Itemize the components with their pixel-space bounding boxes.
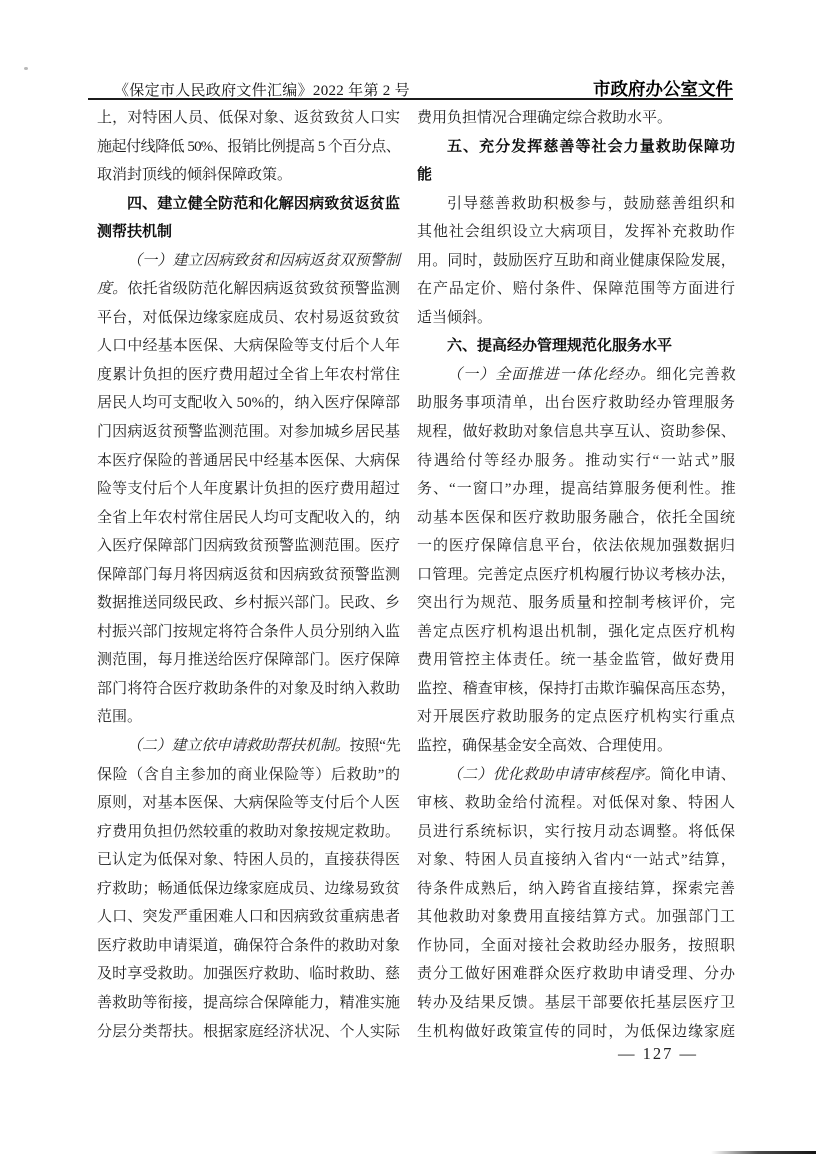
text-run: 引导慈善救助积极参与，鼓励慈善组织和 [447, 196, 735, 212]
text-line: 适当倾斜。 [417, 304, 735, 333]
text-run: 费用管控主体责任。统一基金监管，做好费用 [417, 652, 735, 668]
text-line: 其他社会组织设立大病项目，发挥补充救助作 [417, 218, 735, 247]
text-line: 数据推送同级民政、乡村振兴部门。民政、乡 [97, 589, 400, 618]
text-run: 医疗救助申请渠道，确保符合条件的救助对象 [97, 938, 400, 954]
scan-speck [24, 67, 28, 70]
text-line: 度累计负担的医疗费用超过全省上年农村常住 [97, 361, 400, 390]
text-run: 其他救助对象费用直接结算方式。加强部门工 [417, 909, 735, 925]
text-run: 动基本医保和医疗救助服务融合，依托全国统 [417, 510, 735, 526]
text-run: （一）建立因病致贫和因病返贫双预警制 [127, 253, 400, 269]
text-run: 对象、特困人员直接纳入省内“一站式”结算， [417, 852, 735, 868]
text-run: 在产品定价、赔付条件、保障范围等方面进行 [417, 281, 735, 297]
text-line: 员进行系统标识，实行按月动态调整。将低保 [417, 818, 735, 847]
text-line: 待条件成熟后，纳入跨省直接结算，探索完善 [417, 875, 735, 904]
column-right: 费用负担情况合理确定综合救助水平。五、充分发挥慈善等社会力量救助保障功能引导慈善… [417, 104, 735, 1046]
text-run: 六、提高经办管理规范化服务水平 [447, 337, 672, 354]
text-line: 突出行为规范、服务质量和控制考核评价，完 [417, 589, 735, 618]
text-run: 费用负担情况合理确定综合救助水平。 [417, 110, 672, 126]
text-line: 范围。 [97, 703, 400, 732]
text-line: 上，对特困人员、低保对象、返贫致贫人口实 [97, 104, 400, 133]
section-heading-line: 测帮扶机制 [97, 218, 400, 247]
page-number: — 127 — [598, 1044, 718, 1064]
section-heading-line: 五、充分发挥慈善等社会力量救助保障功 [417, 133, 735, 162]
text-line: 费用管控主体责任。统一基金监管，做好费用 [417, 646, 735, 675]
text-line: 助服务事项清单，出台医疗救助经办管理服务 [417, 389, 735, 418]
text-line: 疗费用负担仍然较重的救助对象按规定救助。 [97, 818, 400, 847]
text-run: 村振兴部门按规定将符合条件人员分别纳入监 [97, 624, 400, 640]
text-run: 助服务事项清单，出台医疗救助经办管理服务 [417, 395, 735, 411]
text-line: 其他救助对象费用直接结算方式。加强部门工 [417, 903, 735, 932]
text-line: 对开展医疗救助服务的定点医疗机构实行重点 [417, 703, 735, 732]
header-compilation-title: 《保定市人民政府文件汇编》2022 年第 2 号 [114, 79, 410, 100]
text-line: 在产品定价、赔付条件、保障范围等方面进行 [417, 275, 735, 304]
text-line: 生机构做好政策宣传的同时，为低保边缘家庭 [417, 1018, 735, 1047]
text-run: 平台，对低保边缘家庭成员、农村易返贫致贫 [97, 310, 400, 326]
scan-corner-streak [711, 1151, 816, 1154]
text-run: 疗救助；畅通低保边缘家庭成员、边缘易致贫 [97, 881, 400, 897]
text-run: （二）建立依申请救助帮扶机制。 [127, 738, 350, 754]
column-left: 上，对特困人员、低保对象、返贫致贫人口实施起付线降低 50%、报销比例提高 5 … [97, 104, 400, 1046]
section-heading-line: 能 [417, 161, 735, 190]
text-line: 及时享受救助。加强医疗救助、临时救助、慈 [97, 960, 400, 989]
text-run: （一）全面推进一体化经办。 [447, 367, 656, 383]
text-line: 保险（含自主参加的商业保险等）后救助”的 [97, 761, 400, 790]
text-run: 门因病返贫预警监测范围。对参加城乡居民基 [97, 424, 400, 440]
text-run: 人口、突发严重困难人口和因病致贫重病患者 [97, 909, 400, 925]
text-run: 善定点医疗机构退出机制，强化定点医疗机构 [417, 624, 735, 640]
text-run: 按照“先 [350, 738, 400, 754]
text-line: 作协同，全面对接社会救助经办服务，按照职 [417, 932, 735, 961]
text-run: 对开展医疗救助服务的定点医疗机构实行重点 [417, 709, 735, 725]
text-run: 及时享受救助。加强医疗救助、临时救助、慈 [97, 966, 400, 982]
text-run: 务、“一窗口”办理，提高结算服务便利性。推 [417, 481, 735, 497]
text-run: 待条件成熟后，纳入跨省直接结算，探索完善 [417, 881, 735, 897]
text-run: 入医疗保障部门因病致贫预警监测范围。医疗 [97, 538, 400, 554]
text-line: 审核、救助金给付流程。对低保对象、特困人 [417, 789, 735, 818]
text-line: 一的医疗保障信息平台，依法依规加强数据归 [417, 532, 735, 561]
text-line: 费用负担情况合理确定综合救助水平。 [417, 104, 735, 133]
text-run: 测帮扶机制 [97, 223, 172, 240]
text-run: 责分工做好困难群众医疗救助申请受理、分办 [417, 966, 735, 982]
text-line: 部门将符合医疗救助条件的对象及时纳入救助 [97, 675, 400, 704]
text-run: 全省上年农村常住居民人均可支配收入的，纳 [97, 510, 400, 526]
text-line: 善救助等衔接，提高综合保障能力，精准实施 [97, 989, 400, 1018]
text-line: 善定点医疗机构退出机制，强化定点医疗机构 [417, 618, 735, 647]
text-run: 简化申请、 [660, 767, 735, 783]
text-run: 数据推送同级民政、乡村振兴部门。民政、乡 [97, 595, 400, 611]
text-run: （二）优化救助申请审核程序。 [447, 767, 660, 783]
text-run: 员进行系统标识，实行按月动态调整。将低保 [417, 824, 735, 840]
text-run: 部门将符合医疗救助条件的对象及时纳入救助 [97, 681, 400, 697]
text-line: 监控、稽查审核，保持打击欺诈骗保高压态势， [417, 675, 735, 704]
text-line: 务、“一窗口”办理，提高结算服务便利性。推 [417, 475, 735, 504]
text-line: 用。同时，鼓励医疗互助和商业健康保险发展， [417, 247, 735, 276]
text-run: 生机构做好政策宣传的同时，为低保边缘家庭 [417, 1024, 735, 1040]
text-run: 人口中经基本医保、大病保险等支付后个人年 [97, 338, 400, 354]
text-line: 居民人均可支配收入 50%的，纳入医疗保障部 [97, 389, 400, 418]
text-run: 本医疗保险的普通居民中经基本医保、大病保 [97, 453, 400, 469]
text-run: 保障部门每月将因病返贫和因病致贫预警监测 [97, 567, 400, 583]
text-line: 门因病返贫预警监测范围。对参加城乡居民基 [97, 418, 400, 447]
text-line: 取消封顶线的倾斜保障政策。 [97, 161, 400, 190]
text-line: 全省上年农村常住居民人均可支配收入的，纳 [97, 504, 400, 533]
text-line: 待遇给付等经办服务。推动实行“一站式”服 [417, 447, 735, 476]
text-run: 四、建立健全防范和化解因病致贫返贫监 [127, 195, 400, 212]
text-run: 取消封顶线的倾斜保障政策。 [97, 167, 292, 183]
text-run: 突出行为规范、服务质量和控制考核评价，完 [417, 595, 735, 611]
text-run: 测范围，每月推送给医疗保障部门。医疗保障 [97, 652, 400, 668]
header-rule [88, 98, 733, 100]
text-line: 监控，确保基金安全高效、合理使用。 [417, 732, 735, 761]
text-line: （二）优化救助申请审核程序。简化申请、 [417, 761, 735, 790]
text-line: 村振兴部门按规定将符合条件人员分别纳入监 [97, 618, 400, 647]
section-heading-line: 四、建立健全防范和化解因病致贫返贫监 [97, 190, 400, 219]
text-line: 对象、特困人员直接纳入省内“一站式”结算， [417, 846, 735, 875]
text-run: 监控、稽查审核，保持打击欺诈骗保高压态势， [417, 681, 735, 697]
text-run: 保险（含自主参加的商业保险等）后救助”的 [97, 767, 400, 783]
text-line: 转办及结果反馈。基层干部要依托基层医疗卫 [417, 989, 735, 1018]
text-line: 施起付线降低 50%、报销比例提高 5 个百分点、 [97, 133, 400, 162]
section-heading-line: 六、提高经办管理规范化服务水平 [417, 332, 735, 361]
text-line: （一）全面推进一体化经办。细化完善救 [417, 361, 735, 390]
text-run: 善救助等衔接，提高综合保障能力，精准实施 [97, 995, 400, 1011]
text-run: 施起付线降低 50%、报销比例提高 5 个百分点、 [97, 139, 400, 155]
text-run: 度。 [97, 281, 127, 297]
text-run: 细化完善救 [656, 367, 735, 383]
text-run: 依托省级防范化解因病返贫致贫预警监测 [127, 281, 400, 297]
text-run: 用。同时，鼓励医疗互助和商业健康保险发展， [417, 253, 735, 269]
text-run: 上，对特困人员、低保对象、返贫致贫人口实 [97, 110, 400, 126]
text-line: 动基本医保和医疗救助服务融合，依托全国统 [417, 504, 735, 533]
text-run: 原则，对基本医保、大病保险等支付后个人医 [97, 795, 400, 811]
text-line: 人口中经基本医保、大病保险等支付后个人年 [97, 332, 400, 361]
text-line: 分层分类帮扶。根据家庭经济状况、个人实际 [97, 1018, 400, 1047]
text-run: 适当倾斜。 [417, 310, 492, 326]
text-run: 规程，做好救助对象信息共享互认、资助参保、 [417, 424, 735, 440]
text-line: 口管理。完善定点医疗机构履行协议考核办法， [417, 561, 735, 590]
text-run: 监控，确保基金安全高效、合理使用。 [417, 738, 672, 754]
text-run: 五、充分发挥慈善等社会力量救助保障功 [447, 138, 735, 155]
text-line: 已认定为低保对象、特困人员的，直接获得医 [97, 846, 400, 875]
document-page: 《保定市人民政府文件汇编》2022 年第 2 号 市政府办公室文件 上，对特困人… [0, 0, 816, 1155]
text-run: 度累计负担的医疗费用超过全省上年农村常住 [97, 367, 400, 383]
text-run: 其他社会组织设立大病项目，发挥补充救助作 [417, 224, 735, 240]
text-line: 险等支付后个人年度累计负担的医疗费用超过 [97, 475, 400, 504]
text-line: 本医疗保险的普通居民中经基本医保、大病保 [97, 447, 400, 476]
text-line: （一）建立因病致贫和因病返贫双预警制 [97, 247, 400, 276]
text-run: 一的医疗保障信息平台，依法依规加强数据归 [417, 538, 735, 554]
text-run: 转办及结果反馈。基层干部要依托基层医疗卫 [417, 995, 735, 1011]
text-run: 险等支付后个人年度累计负担的医疗费用超过 [97, 481, 400, 497]
text-run: 待遇给付等经办服务。推动实行“一站式”服 [417, 453, 735, 469]
text-line: 规程，做好救助对象信息共享互认、资助参保、 [417, 418, 735, 447]
text-line: 责分工做好困难群众医疗救助申请受理、分办 [417, 960, 735, 989]
text-line: 人口、突发严重困难人口和因病致贫重病患者 [97, 903, 400, 932]
text-line: 引导慈善救助积极参与，鼓励慈善组织和 [417, 190, 735, 219]
text-line: 保障部门每月将因病返贫和因病致贫预警监测 [97, 561, 400, 590]
text-run: 范围。 [97, 709, 142, 725]
text-run: 居民人均可支配收入 50%的，纳入医疗保障部 [97, 395, 400, 411]
text-line: 入医疗保障部门因病致贫预警监测范围。医疗 [97, 532, 400, 561]
text-line: （二）建立依申请救助帮扶机制。按照“先 [97, 732, 400, 761]
text-line: 度。依托省级防范化解因病返贫致贫预警监测 [97, 275, 400, 304]
text-line: 平台，对低保边缘家庭成员、农村易返贫致贫 [97, 304, 400, 333]
text-line: 测范围，每月推送给医疗保障部门。医疗保障 [97, 646, 400, 675]
text-run: 已认定为低保对象、特困人员的，直接获得医 [97, 852, 400, 868]
text-run: 能 [417, 166, 432, 183]
text-line: 原则，对基本医保、大病保险等支付后个人医 [97, 789, 400, 818]
text-run: 分层分类帮扶。根据家庭经济状况、个人实际 [97, 1024, 400, 1040]
text-run: 疗费用负担仍然较重的救助对象按规定救助。 [97, 824, 400, 840]
text-line: 医疗救助申请渠道，确保符合条件的救助对象 [97, 932, 400, 961]
text-line: 疗救助；畅通低保边缘家庭成员、边缘易致贫 [97, 875, 400, 904]
text-run: 口管理。完善定点医疗机构履行协议考核办法， [417, 567, 735, 583]
text-run: 审核、救助金给付流程。对低保对象、特困人 [417, 795, 735, 811]
text-run: 作协同，全面对接社会救助经办服务，按照职 [417, 938, 735, 954]
